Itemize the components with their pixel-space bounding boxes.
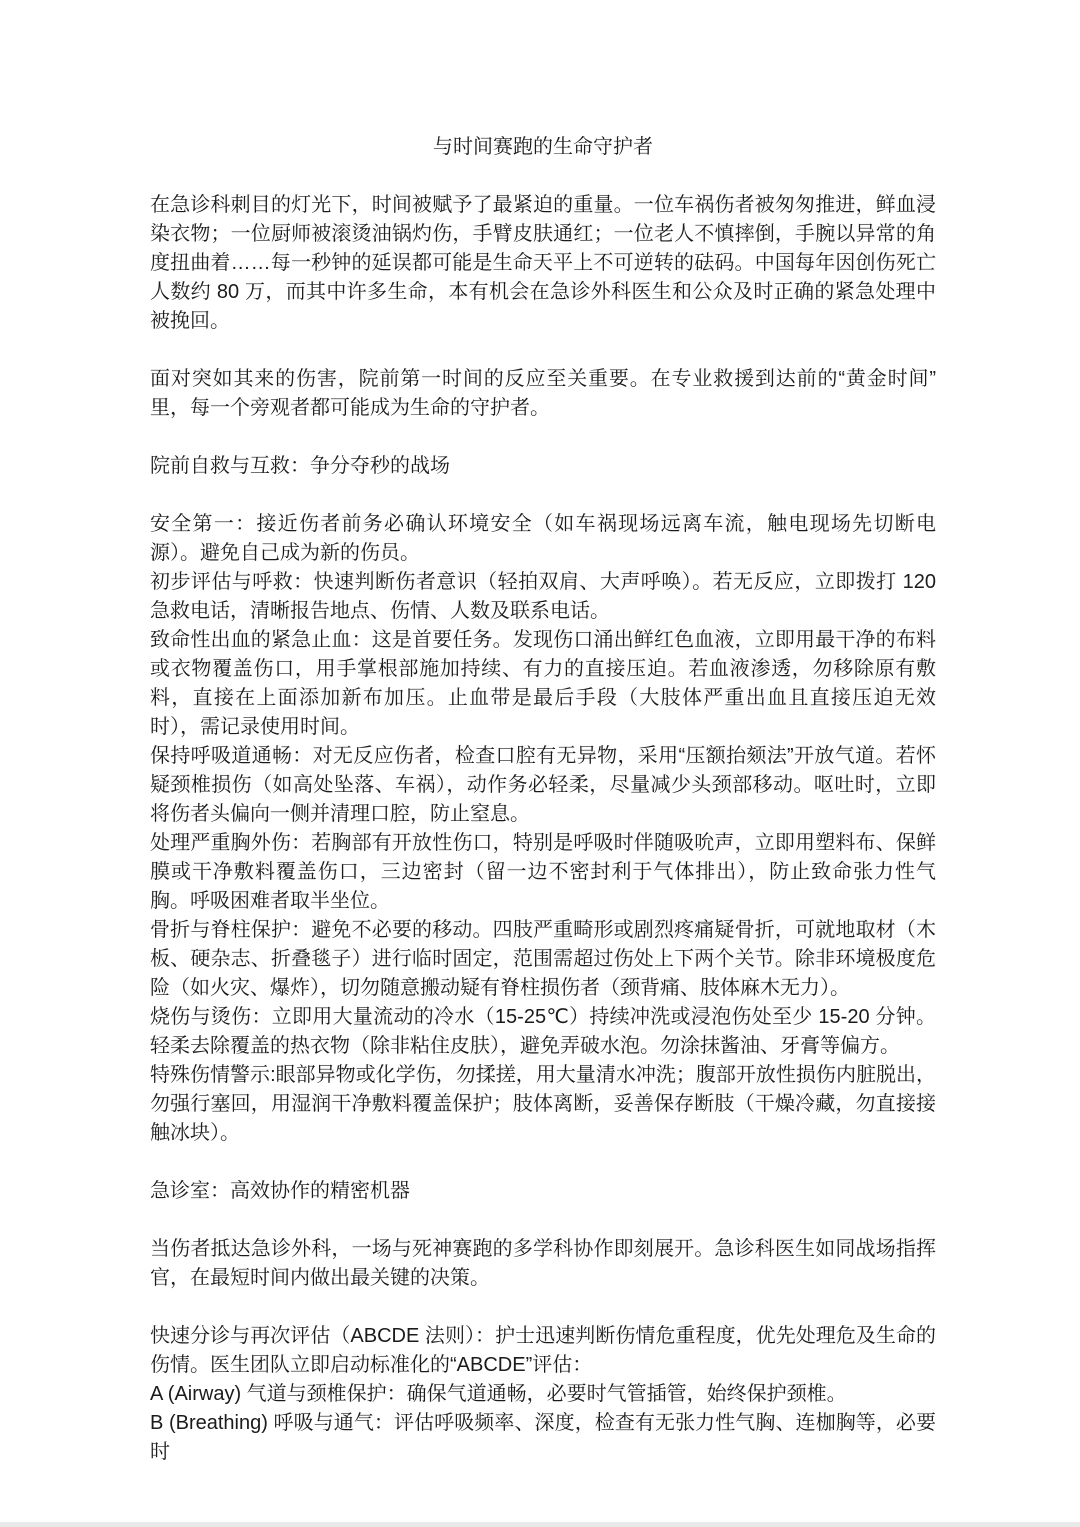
paragraph-golden-time: 面对突如其来的伤害，院前第一时间的反应至关重要。在专业救援到达前的“黄金时间”里… [150, 365, 936, 423]
paragraph-intro: 在急诊科刺目的灯光下，时间被赋予了最紧迫的重量。一位车祸伤者被匆匆推进，鲜血浸染… [150, 191, 936, 336]
abcde-item-breathing: B (Breathing) 呼吸与通气：评估呼吸频率、深度，检查有无张力性气胸、… [150, 1409, 936, 1467]
section-heading-prehospital: 院前自救与互救：争分夺秒的战场 [150, 452, 936, 481]
abcde-item-airway: A (Airway) 气道与颈椎保护：确保气道通畅，必要时气管插管，始终保护颈椎… [150, 1380, 936, 1409]
section-heading-er: 急诊室：高效协作的精密机器 [150, 1177, 936, 1206]
page-bottom-edge [0, 1522, 1080, 1527]
document-content: 与时间赛跑的生命守护者 在急诊科刺目的灯光下，时间被赋予了最紧迫的重量。一位车祸… [150, 133, 936, 1467]
prehospital-item-list: 安全第一：接近伤者前务必确认环境安全（如车祸现场远离车流，触电现场先切断电源）。… [150, 510, 936, 1148]
paragraph-triage-abcde: 快速分诊与再次评估（ABCDE 法则）：护士迅速判断伤情危重程度，优先处理危及生… [150, 1322, 936, 1380]
first-aid-item-chest-trauma: 处理严重胸外伤：若胸部有开放性伤口，特别是呼吸时伴随吸吮声，立即用塑料布、保鲜膜… [150, 829, 936, 916]
first-aid-item-assessment-call: 初步评估与呼救：快速判断伤者意识（轻拍双肩、大声呼唤）。若无反应，立即拨打 12… [150, 568, 936, 626]
first-aid-item-fracture-spine: 骨折与脊柱保护：避免不必要的移动。四肢严重畸形或剧烈疼痛疑骨折，可就地取材（木板… [150, 916, 936, 1003]
first-aid-item-safety: 安全第一：接近伤者前务必确认环境安全（如车祸现场远离车流，触电现场先切断电源）。… [150, 510, 936, 568]
paragraph-er-lead: 当伤者抵达急诊外科，一场与死神赛跑的多学科协作即刻展开。急诊科医生如同战场指挥官… [150, 1235, 936, 1293]
first-aid-item-special-warnings: 特殊伤情警示:眼部异物或化学伤，勿揉搓，用大量清水冲洗；腹部开放性损伤内脏脱出，… [150, 1061, 936, 1148]
first-aid-item-bleeding-control: 致命性出血的紧急止血：这是首要任务。发现伤口涌出鲜红色血液，立即用最干净的布料或… [150, 626, 936, 742]
document-title: 与时间赛跑的生命守护者 [150, 133, 936, 162]
document-page: 与时间赛跑的生命守护者 在急诊科刺目的灯光下，时间被赋予了最紧迫的重量。一位车祸… [0, 0, 1080, 1527]
first-aid-item-burns: 烧伤与烫伤：立即用大量流动的冷水（15-25℃）持续冲洗或浸泡伤处至少 15-2… [150, 1003, 936, 1061]
first-aid-item-airway: 保持呼吸道通畅：对无反应伤者，检查口腔有无异物，采用“压额抬颏法”开放气道。若怀… [150, 742, 936, 829]
er-triage-block: 快速分诊与再次评估（ABCDE 法则）：护士迅速判断伤情危重程度，优先处理危及生… [150, 1322, 936, 1467]
